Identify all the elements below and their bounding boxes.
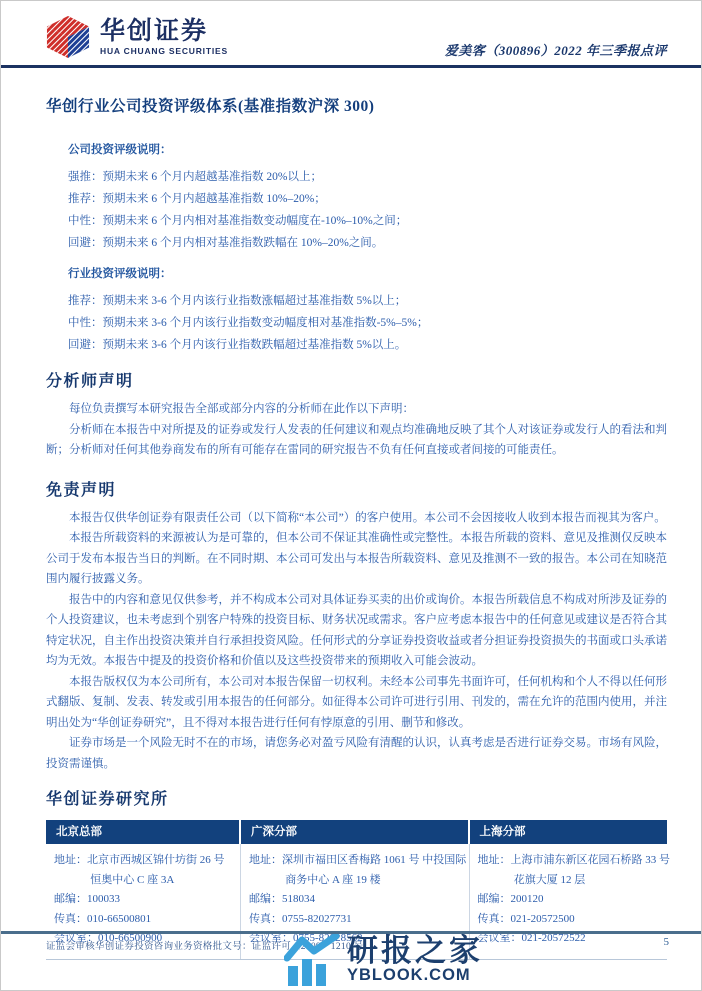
office-postcode: 邮编：518034 <box>249 890 461 910</box>
watermark-name-en: YBLOOK.COM <box>347 966 483 985</box>
research-institute-title: 华创证券研究所 <box>46 786 667 809</box>
office-info-shanghai: 地址：上海市浦东新区花园石桥路 33 号 花旗大厦 12 层 邮编：200120… <box>470 844 667 959</box>
logo-cube-icon <box>45 15 91 59</box>
company-rating-item: 强推：预期未来 6 个月内超越基准指数 20%以上； <box>68 166 667 188</box>
office-address-line: 地址：北京市西城区锦什坊街 26 号 <box>54 851 232 871</box>
office-address-line: 恒奥中心 C 座 3A <box>54 871 232 891</box>
company-rating-list: 强推：预期未来 6 个月内超越基准指数 20%以上； 推荐：预期未来 6 个月内… <box>68 166 667 254</box>
office-fax: 传真：021-20572500 <box>478 910 659 930</box>
office-postcode: 邮编：200120 <box>478 890 659 910</box>
office-column-header-shanghai: 上海分部 <box>470 820 667 844</box>
disclaimer-paragraph: 报告中的内容和意见仅供参考，并不构成本公司对具体证券买卖的出价或询价。本报告所载… <box>46 590 667 672</box>
industry-rating-item: 回避：预期未来 3-6 个月内该行业指数跌幅超过基准指数 5%以上。 <box>68 334 667 356</box>
disclaimer-paragraph: 本报告仅供华创证券有限责任公司（以下简称“本公司”）的客户使用。本公司不会因接收… <box>46 508 667 529</box>
disclaimer-body: 本报告仅供华创证券有限责任公司（以下简称“本公司”）的客户使用。本公司不会因接收… <box>46 508 667 775</box>
watermark: 研报之家 YBLOOK.COM <box>284 934 483 986</box>
disclaimer-paragraph: 本报告版权仅为本公司所有，本公司对本报告保留一切权利。未经本公司事先书面许可，任… <box>46 672 667 734</box>
industry-rating-subtitle: 行业投资评级说明： <box>68 265 667 281</box>
huachuang-logo: 华创证券 HUA CHUANG SECURITIES <box>45 15 228 59</box>
office-address-line: 商务中心 A 座 19 楼 <box>249 871 461 891</box>
watermark-chart-icon <box>284 934 340 986</box>
office-column-header-guangshen: 广深分部 <box>241 820 470 844</box>
office-address-line: 花旗大厦 12 层 <box>478 871 659 891</box>
page-content: 华创行业公司投资评级体系(基准指数沪深 300) 公司投资评级说明： 强推：预期… <box>1 94 701 960</box>
industry-rating-list: 推荐：预期未来 3-6 个月内该行业指数涨幅超过基准指数 5%以上； 中性：预期… <box>68 290 667 356</box>
report-title: 爱美客（300896）2022 年三季报点评 <box>445 40 667 59</box>
office-address-line: 地址：上海市浦东新区花园石桥路 33 号 <box>478 851 659 871</box>
analyst-paragraph: 分析师在本报告中对所提及的证券或发行人发表的任何建议和观点均准确地反映了其个人对… <box>46 420 667 461</box>
analyst-statement-body: 每位负责撰写本研究报告全部或部分内容的分析师在此作以下声明： 分析师在本报告中对… <box>46 399 667 461</box>
office-postcode: 邮编：100033 <box>54 890 232 910</box>
company-rating-item: 回避：预期未来 6 个月内相对基准指数跌幅在 10%–20%之间。 <box>68 232 667 254</box>
page-number: 5 <box>664 936 670 948</box>
rating-system-title: 华创行业公司投资评级体系(基准指数沪深 300) <box>46 94 667 116</box>
watermark-name-cn: 研报之家 <box>347 935 483 966</box>
disclaimer-title: 免责声明 <box>46 477 667 500</box>
logo-name-en: HUA CHUANG SECURITIES <box>100 46 228 56</box>
company-rating-item: 推荐：预期未来 6 个月内超越基准指数 10%–20%； <box>68 188 667 210</box>
analyst-statement-title: 分析师声明 <box>46 368 667 391</box>
analyst-paragraph: 每位负责撰写本研究报告全部或部分内容的分析师在此作以下声明： <box>46 399 667 420</box>
office-address-line: 地址：深圳市福田区香梅路 1061 号 中投国际 <box>249 851 461 871</box>
company-rating-subtitle: 公司投资评级说明： <box>68 141 667 157</box>
industry-rating-item: 中性：预期未来 3-6 个月内该行业指数变动幅度相对基准指数-5%–5%； <box>68 312 667 334</box>
company-rating-item: 中性：预期未来 6 个月内相对基准指数变动幅度在-10%–10%之间； <box>68 210 667 232</box>
disclaimer-paragraph: 证券市场是一个风险无时不在的市场，请您务必对盈亏风险有清醒的认识，认真考虑是否进… <box>46 733 667 774</box>
watermark-text: 研报之家 YBLOOK.COM <box>347 935 483 985</box>
office-fax: 传真：0755-82027731 <box>249 910 461 930</box>
industry-rating-item: 推荐：预期未来 3-6 个月内该行业指数涨幅超过基准指数 5%以上； <box>68 290 667 312</box>
office-column-header-beijing: 北京总部 <box>46 820 241 844</box>
office-fax: 传真：010-66500801 <box>54 910 232 930</box>
report-page: 华创证券 HUA CHUANG SECURITIES 爱美客（300896）20… <box>0 0 702 991</box>
logo-text: 华创证券 HUA CHUANG SECURITIES <box>100 19 228 56</box>
page-header: 华创证券 HUA CHUANG SECURITIES 爱美客（300896）20… <box>1 1 701 68</box>
disclaimer-paragraph: 本报告所载资料的来源被认为是可靠的，但本公司不保证其准确性或完整性。本报告所载的… <box>46 528 667 590</box>
logo-name-cn: 华创证券 <box>100 19 228 44</box>
